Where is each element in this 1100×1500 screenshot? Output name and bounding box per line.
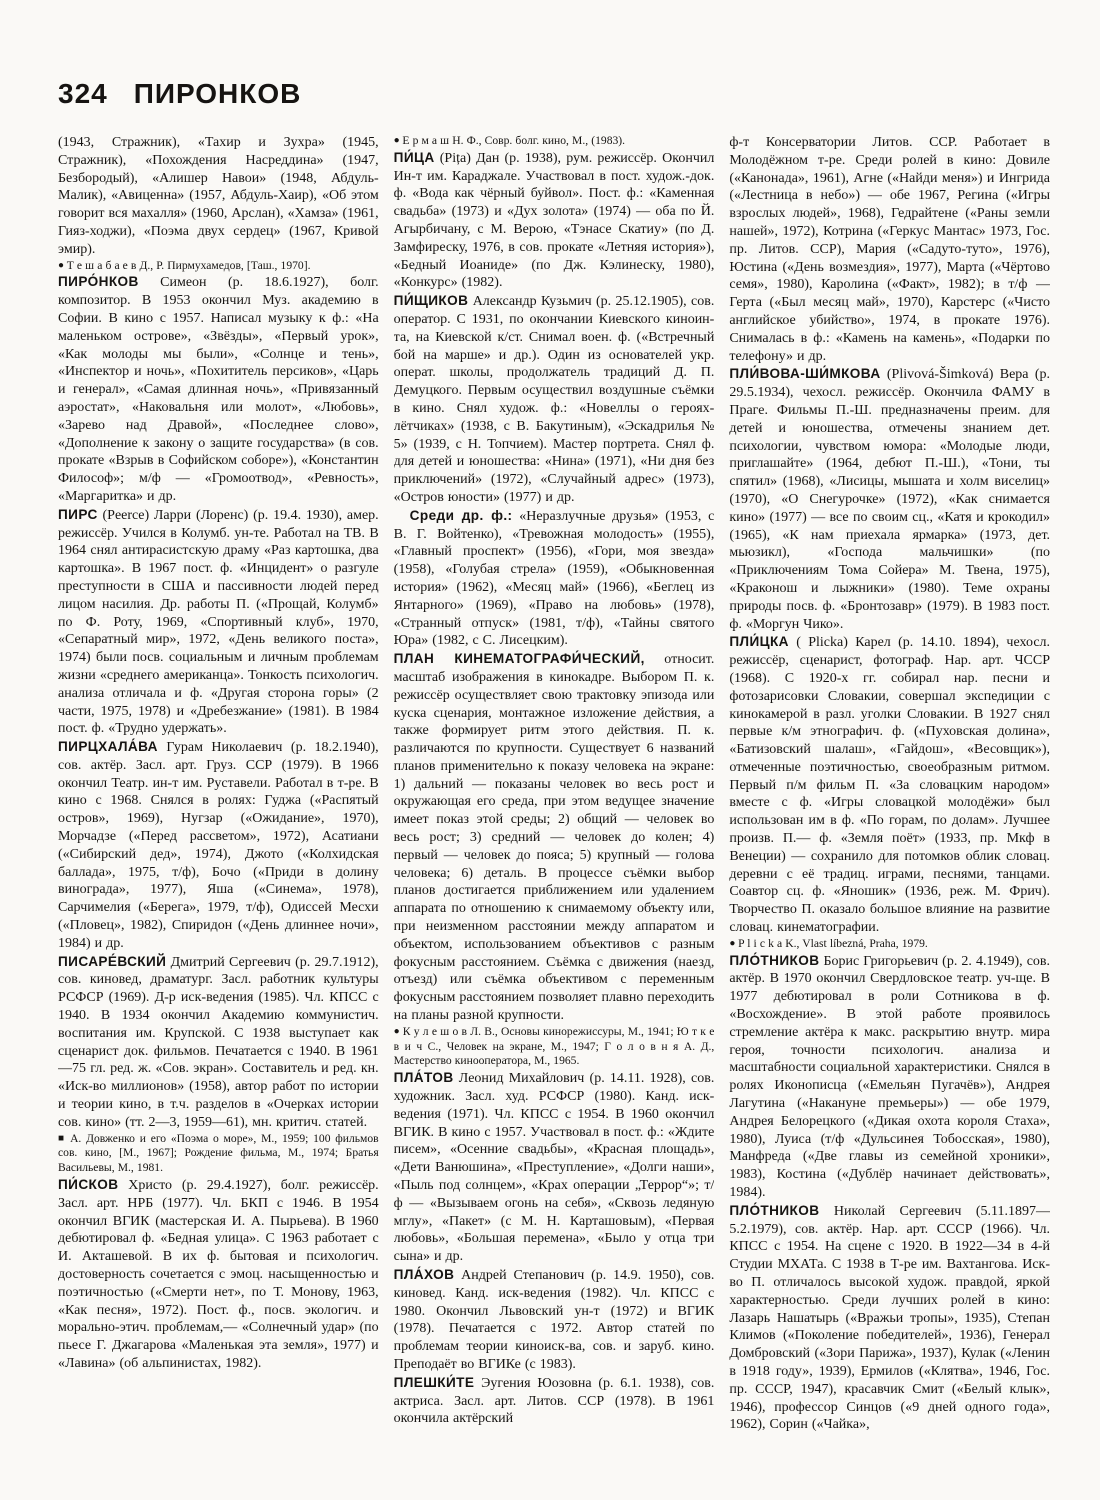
entry-headword: ПЛА́ХОВ	[394, 1267, 455, 1282]
entry-platov: ПЛА́ТОВ Леонид Михайлович (р. 14.11. 192…	[394, 1069, 715, 1266]
paragraph-text: Дмитрий Сергеевич (р. 29.7.1912), сов. к…	[58, 955, 379, 1130]
paragraph-text: Гурам Николаевич (р. 18.2.1940), сов. ак…	[58, 740, 379, 951]
paragraph-text: Борис Григорьевич (р. 2. 4.1949), сов. а…	[729, 954, 1050, 1200]
page-headword: ПИРОНКОВ	[134, 78, 302, 110]
paragraph-text: ( Plicka) Карел (р. 14.10. 1894), чехосл…	[729, 635, 1050, 935]
paragraph-text: Леонид Михайлович (р. 14.11. 1928), сов.…	[394, 1071, 715, 1264]
entry-plotnikov-nikolai: ПЛО́ТНИКОВ Николай Сергеевич (5.11.1897—…	[729, 1202, 1050, 1434]
entry-headword: ПЛО́ТНИКОВ	[729, 953, 819, 968]
paragraph-text: (Pița) Дан (р. 1938), рум. режиссёр. Око…	[394, 151, 715, 291]
paragraph-text: Христо (р. 29.4.1927), болг. режиссёр. З…	[58, 1178, 379, 1371]
square-bullet-icon: ■	[58, 1133, 70, 1144]
bibliography-ermash: ● Е р м а ш Н. Ф., Совр. болг. кино, М.,…	[394, 134, 715, 149]
entry-headword: ПЛА́ТОВ	[394, 1070, 454, 1085]
entry-pleshkite: ПЛЕШКИ́ТЕ Эугения Юозовна (р. 6.1. 1938)…	[394, 1374, 715, 1428]
entry-headword: Среди др. ф.:	[410, 508, 513, 523]
entry-plitska-karel: ПЛИ́ЦКА ( Plicka) Карел (р. 14.10. 1894)…	[729, 633, 1050, 937]
circle-bullet-icon: ●	[729, 938, 738, 949]
entry-piskov: ПИ́СКОВ Христо (р. 29.4.1927), болг. реж…	[58, 1176, 379, 1373]
entry-pirs-larry: ПИРС (Peerce) Ларри (Лоренс) (р. 19.4. 1…	[58, 506, 379, 738]
paragraph-text: (Plivová-Šimková) Вера (р. 29.5.1934), ч…	[729, 367, 1050, 631]
bibliography-teshabaev: ● Т е ш а б а е в Д., Р. Пирмухамедов, […	[58, 259, 379, 274]
page-number: 324	[58, 78, 108, 110]
paragraph-continuation-pleshkite: ф-т Консерватории Литов. ССР. Работает в…	[729, 134, 1050, 365]
entry-pisarevsky: ПИСАРЕ́ВСКИЙ Дмитрий Сергеевич (р. 29.7.…	[58, 953, 379, 1132]
entry-headword: ПЛЕШКИ́ТЕ	[394, 1375, 475, 1390]
bibliography-plicka: ● P l i c k a K., Vlast líbezná, Praha, …	[729, 937, 1050, 952]
entry-plakhov: ПЛА́ХОВ Андрей Степанович (р. 14.9. 1950…	[394, 1266, 715, 1374]
entry-headword: ПИСАРЕ́ВСКИЙ	[58, 954, 166, 969]
entry-pironkov-simeon: ПИРО́НКОВ Симеон (р. 18.6.1927), болг. к…	[58, 273, 379, 505]
paragraph-text: К у л е ш о в Л. В., Основы кинорежиссур…	[394, 1025, 715, 1068]
entry-plan-kinematografichesky: ПЛАН КИНЕМАТОГРАФИ́ЧЕСКИЙ, относит. масш…	[394, 650, 715, 1025]
entry-headword: ПИРС	[58, 507, 98, 522]
circle-bullet-icon: ●	[58, 260, 67, 271]
paragraph-text: ф-т Консерватории Литов. ССР. Работает в…	[729, 135, 1050, 364]
paragraph-text: Николай Сергеевич (5.11.1897—5.2.1979), …	[729, 1204, 1050, 1433]
column-3: ф-т Консерватории Литов. ССР. Работает в…	[729, 134, 1050, 1469]
entry-pitsa-dan: ПИ́ЦА (Pița) Дан (р. 1938), рум. режиссё…	[394, 149, 715, 292]
paragraph-continuation-pironkov-emir: (1943, Стражник), «Тахир и Зухра» (1945,…	[58, 134, 379, 259]
entry-headword: ПИ́СКОВ	[58, 1177, 118, 1192]
paragraph-text: P l i c k a K., Vlast líbezná, Praha, 19…	[738, 937, 928, 950]
paragraph-text: А. Довженко и его «Поэма о море», М., 19…	[58, 1132, 379, 1175]
entry-headword: ПЛИ́ЦКА	[729, 634, 789, 649]
paragraph-text: Т е ш а б а е в Д., Р. Пирмухамедов, [Та…	[67, 259, 311, 272]
entry-headword: ПЛИ́ВОВА-ШИ́МКОВА	[729, 366, 880, 381]
paragraph-text: Андрей Степанович (р. 14.9. 1950), сов. …	[394, 1268, 715, 1372]
entry-pishchikov: ПИ́ЩИКОВ Александр Кузьмич (р. 25.12.190…	[394, 292, 715, 507]
entry-headword: ПИРО́НКОВ	[58, 274, 139, 289]
paragraph-text: Симеон (р. 18.6.1927), болг. композитор.…	[58, 275, 379, 504]
entry-headword: ПИРЦХАЛА́ВА	[58, 739, 158, 754]
entry-headword: ПЛАН КИНЕМАТОГРАФИ́ЧЕСКИЙ,	[394, 651, 645, 666]
running-header: 324 ПИРОНКОВ	[58, 78, 1050, 110]
paragraph-text: Александр Кузьмич (р. 25.12.1905), сов. …	[394, 294, 715, 505]
column-1: (1943, Стражник), «Тахир и Зухра» (1945,…	[58, 134, 379, 1469]
bibliography-pisarevsky-works: ■ А. Довженко и его «Поэма о море», М., …	[58, 1132, 379, 1176]
paragraph-text: (Peerce) Ларри (Лоренс) (р. 19.4. 1930),…	[58, 508, 379, 737]
column-2: ● Е р м а ш Н. Ф., Совр. болг. кино, М.,…	[394, 134, 715, 1469]
entry-pirtskhalava: ПИРЦХАЛА́ВА Гурам Николаевич (р. 18.2.19…	[58, 738, 379, 953]
encyclopedia-page: 324 ПИРОНКОВ (1943, Стражник), «Тахир и …	[0, 0, 1100, 1500]
bibliography-kuleshov: ● К у л е ш о в Л. В., Основы кинорежисс…	[394, 1025, 715, 1069]
paragraph-text: Е р м а ш Н. Ф., Совр. болг. кино, М., (…	[402, 134, 625, 147]
entry-plivova-shimkova: ПЛИ́ВОВА-ШИ́МКОВА (Plivová-Šimková) Вера…	[729, 365, 1050, 633]
entry-headword: ПЛО́ТНИКОВ	[729, 1203, 819, 1218]
paragraph-text: (1943, Стражник), «Тахир и Зухра» (1945,…	[58, 135, 379, 257]
entry-plotnikov-boris: ПЛО́ТНИКОВ Борис Григорьевич (р. 2. 4.19…	[729, 952, 1050, 1202]
paragraph-text: относит. масштаб изображения в кинокадре…	[394, 652, 715, 1023]
circle-bullet-icon: ●	[394, 1026, 403, 1037]
paragraph-text: «Неразлучные друзья» (1953, с В. Г. Войт…	[394, 509, 715, 649]
paragraph-sredi-dr-f: Среди др. ф.: «Неразлучные друзья» (1953…	[394, 507, 715, 650]
entry-headword: ПИ́ЩИКОВ	[394, 293, 469, 308]
columns: (1943, Стражник), «Тахир и Зухра» (1945,…	[58, 134, 1050, 1469]
entry-headword: ПИ́ЦА	[394, 150, 435, 165]
